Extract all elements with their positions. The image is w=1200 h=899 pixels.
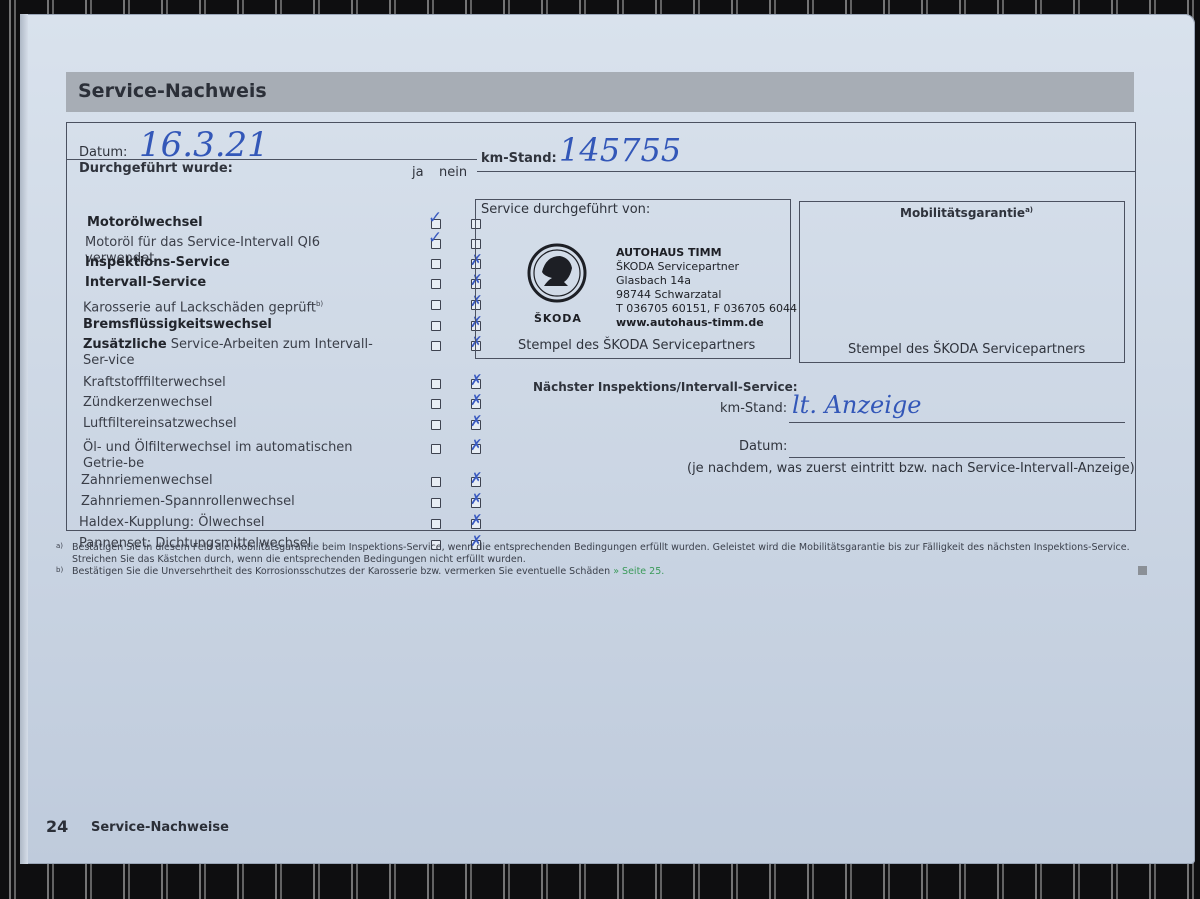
- checkbox-yes[interactable]: [431, 420, 441, 430]
- checkbox-yes[interactable]: [431, 259, 441, 269]
- checkbox-yes[interactable]: [431, 239, 441, 249]
- service-item-label: Karosserie auf Lackschäden geprüftb): [83, 296, 388, 316]
- dealer-name: AUTOHAUS TIMM: [616, 246, 797, 260]
- next-km-value[interactable]: lt. Anzeige: [792, 391, 921, 419]
- checkbox-yes[interactable]: [431, 444, 441, 454]
- footnote-b: b)Bestätigen Sie die Unversehrtheit des …: [56, 566, 1146, 578]
- checkbox-no[interactable]: [471, 379, 481, 389]
- service-item-row: Öl- und Ölfilterwechsel im automatischen…: [83, 440, 473, 472]
- divider: [477, 171, 1135, 172]
- checkbox-yes[interactable]: [431, 498, 441, 508]
- service-item-label: Motorölwechsel: [87, 215, 392, 231]
- service-item-row: Zahnriemen-Spannrollenwechsel: [81, 494, 471, 510]
- checkbox-yes[interactable]: [431, 341, 441, 351]
- divider: [67, 159, 477, 160]
- service-item-row: Inspektions-Service: [85, 255, 475, 271]
- service-box-caption: Stempel des ŠKODA Servicepartners: [518, 338, 755, 353]
- checkbox-yes[interactable]: [431, 300, 441, 310]
- checkbox-no[interactable]: [471, 498, 481, 508]
- service-item-label: Haldex-Kupplung: Ölwechsel: [79, 515, 384, 531]
- km-value[interactable]: 145755: [559, 131, 681, 169]
- service-item-label: Zusätzliche Service-Arbeiten zum Interva…: [83, 337, 388, 369]
- page-title: Service-Nachweis: [78, 80, 267, 102]
- dealer-street: Glasbach 14a: [616, 274, 797, 288]
- service-item-row: Haldex-Kupplung: Ölwechsel: [79, 515, 469, 531]
- service-item-label: Luftfiltereinsatzwechsel: [83, 416, 388, 432]
- service-item-label: Öl- und Ölfilterwechsel im automatischen…: [83, 440, 388, 472]
- service-item-row: Karosserie auf Lackschäden geprüftb): [83, 296, 473, 316]
- checkbox-yes[interactable]: [431, 519, 441, 529]
- skoda-logo-icon: [526, 242, 588, 304]
- service-item-row: Motorölwechsel: [87, 215, 477, 231]
- checkbox-no[interactable]: [471, 444, 481, 454]
- service-item-row: Zahnriemenwechsel: [81, 473, 471, 489]
- col-yes-header: ja: [412, 165, 424, 180]
- footnote-a: a)Bestätigen Sie in diesem Feld die Mobi…: [56, 542, 1146, 566]
- next-km-underline: [789, 422, 1125, 423]
- footnotes: a)Bestätigen Sie in diesem Feld die Mobi…: [56, 542, 1146, 578]
- service-item-label: Inspektions-Service: [85, 255, 390, 271]
- service-item-label: Kraftstofffilterwechsel: [83, 375, 388, 391]
- service-item-label: Bremsflüssigkeitswechsel: [83, 317, 388, 333]
- service-item-label: Intervall-Service: [85, 275, 390, 291]
- service-item-row: Intervall-Service: [85, 275, 475, 291]
- service-item-label: Zahnriemen-Spannrollenwechsel: [81, 494, 386, 510]
- service-item-row: Bremsflüssigkeitswechsel: [83, 317, 473, 333]
- km-label: km-Stand:: [481, 151, 557, 166]
- checkbox-no[interactable]: [471, 519, 481, 529]
- mobility-box-title: Mobilitätsgarantiea): [900, 206, 1033, 220]
- footer-section-title: Service-Nachweise: [91, 820, 229, 835]
- service-item-row: Zündkerzenwechsel: [83, 395, 473, 411]
- date-label: Datum:: [79, 145, 127, 160]
- service-box-title: Service durchgeführt von:: [481, 202, 650, 217]
- section-header: Service-Nachweis: [66, 72, 1134, 112]
- service-record-form: Datum: 16.3.21 km-Stand: 145755 Durchgef…: [66, 122, 1136, 531]
- col-no-header: nein: [439, 165, 467, 180]
- service-item-label: Zündkerzenwechsel: [83, 395, 388, 411]
- page-number: 24: [46, 817, 68, 836]
- checkbox-no[interactable]: [471, 477, 481, 487]
- next-service-note: (je nachdem, was zuerst eintritt bzw. na…: [687, 461, 1135, 476]
- page-link[interactable]: » Seite 25.: [613, 566, 664, 577]
- dealer-type: ŠKODA Servicepartner: [616, 260, 797, 274]
- service-performed-box: Service durchgeführt von: ŠKODA AUTOHAUS…: [475, 199, 791, 359]
- mobility-guarantee-box: Mobilitätsgarantiea) Stempel des ŠKODA S…: [799, 201, 1125, 363]
- checkbox-yes[interactable]: [431, 399, 441, 409]
- dealer-city: 98744 Schwarzatal: [616, 288, 797, 302]
- dealer-website: www.autohaus-timm.de: [616, 316, 797, 330]
- checkbox-yes[interactable]: [431, 279, 441, 289]
- checkbox-yes[interactable]: [431, 321, 441, 331]
- performed-label: Durchgeführt wurde:: [79, 161, 233, 176]
- next-service-title: Nächster Inspektions/Intervall-Service:: [533, 380, 798, 394]
- checkbox-no[interactable]: [471, 420, 481, 430]
- next-km-label: km-Stand:: [720, 401, 787, 416]
- dealer-stamp: AUTOHAUS TIMM ŠKODA Servicepartner Glasb…: [616, 246, 797, 330]
- checkbox-yes[interactable]: [431, 477, 441, 487]
- checkbox-no[interactable]: [471, 399, 481, 409]
- dealer-phone: T 036705 60151, F 036705 6044: [616, 302, 797, 316]
- next-date-label: Datum:: [739, 439, 787, 454]
- service-item-row: Kraftstofffilterwechsel: [83, 375, 473, 391]
- service-item-row: Luftfiltereinsatzwechsel: [83, 416, 473, 432]
- booklet-page: Service-Nachweis Datum: 16.3.21 km-Stand…: [20, 14, 1195, 864]
- service-item-row: Zusätzliche Service-Arbeiten zum Interva…: [83, 337, 473, 369]
- service-item-label: Zahnriemenwechsel: [81, 473, 386, 489]
- skoda-wordmark: ŠKODA: [534, 312, 582, 325]
- mobility-box-caption: Stempel des ŠKODA Servicepartners: [848, 342, 1085, 357]
- checkbox-yes[interactable]: [431, 379, 441, 389]
- section-end-marker: [1138, 566, 1147, 575]
- next-date-underline[interactable]: [789, 457, 1125, 458]
